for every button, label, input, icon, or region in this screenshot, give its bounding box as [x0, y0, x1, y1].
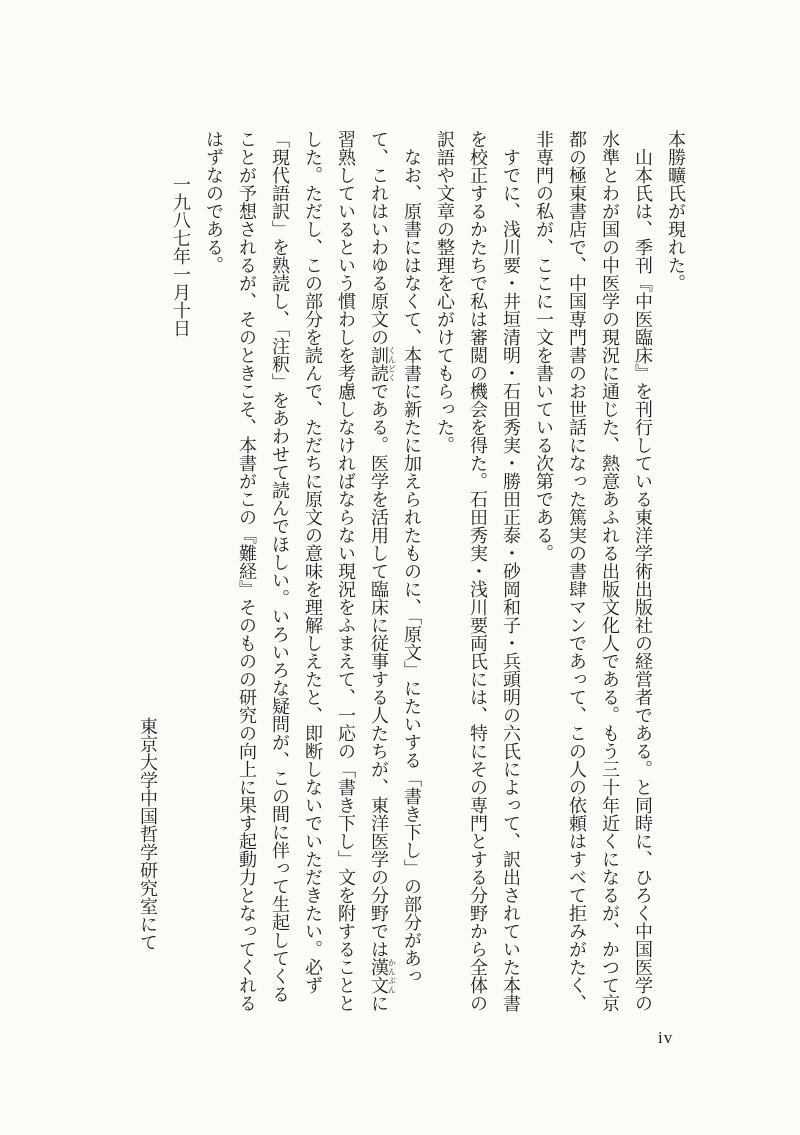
paragraph: 山本氏は、季刊『中医臨床』を刊行している東洋学術出版社の経営者である。と同時に、…	[527, 130, 659, 1014]
paragraph: なお、原書にはなくて、本書に新たに加えられたものに、「原文」にたいする「書き下し…	[197, 130, 428, 1014]
furigana-annotated-word: 漢文かんぶん	[369, 958, 389, 994]
paragraph: すでに、浅川要・井垣清明・石田秀実・勝田正泰・砂岡和子・兵頭明の六氏によって、訳…	[428, 130, 527, 1014]
page-number: iv	[658, 1028, 673, 1048]
book-page: 本勝曠氏が現れた。山本氏は、季刊『中医臨床』を刊行している東洋学術出版社の経営者…	[0, 0, 800, 1135]
paragraph: 本勝曠氏が現れた。	[659, 130, 692, 1014]
signature-line: 東京大学中国哲学研究室にて	[131, 130, 164, 1014]
date-line: 一九八七年一月十日	[164, 130, 197, 1014]
furigana-annotated-word: 訓読くんどく	[369, 346, 389, 382]
vertical-text-block: 本勝曠氏が現れた。山本氏は、季刊『中医臨床』を刊行している東洋学術出版社の経営者…	[130, 130, 692, 1014]
